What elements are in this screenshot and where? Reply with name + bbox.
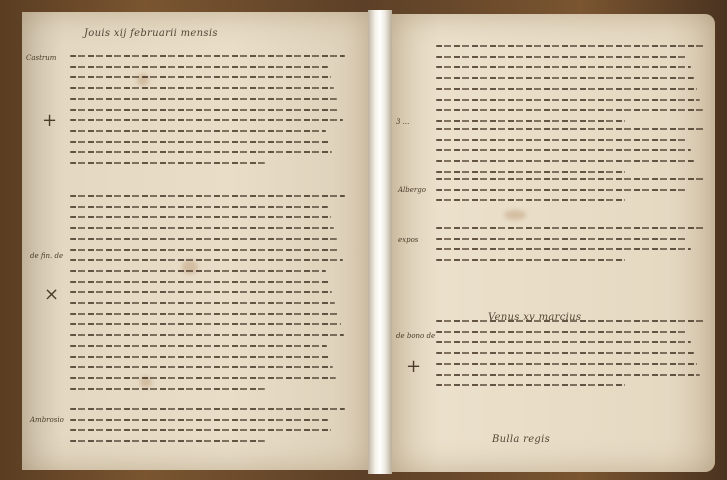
handwriting-line — [436, 109, 703, 111]
handwriting-line — [70, 130, 326, 132]
margin-note: 3 ... — [396, 118, 409, 126]
handwriting-line — [70, 388, 265, 390]
handwriting-line — [70, 270, 326, 272]
handwriting-line — [70, 302, 335, 304]
handwriting-line — [436, 352, 694, 354]
handwriting-line — [70, 162, 265, 164]
handwriting-line — [436, 384, 625, 386]
handwriting-line — [436, 363, 697, 365]
margin-note: Albergo — [398, 186, 426, 194]
handwriting-line — [436, 227, 705, 229]
handwriting-line — [70, 238, 337, 240]
right-page: Venus xv marcius Bulla regis 3 ... Alber… — [392, 14, 715, 472]
handwriting-line — [70, 119, 343, 121]
handwriting-line — [436, 99, 700, 101]
margin-note: de fin. de — [30, 252, 63, 260]
handwriting-line — [70, 151, 332, 153]
handwriting-line — [70, 356, 330, 358]
left-heading: Jouis xij februarii mensis — [84, 28, 218, 39]
handwriting-line — [70, 98, 337, 100]
handwriting-line — [70, 109, 340, 111]
handwriting-line — [436, 331, 688, 333]
handwriting-line — [70, 227, 334, 229]
handwriting-line — [436, 45, 705, 47]
handwriting-line — [436, 88, 697, 90]
handwriting-line — [70, 313, 338, 315]
handwriting-line — [70, 87, 334, 89]
handwriting-line — [436, 374, 700, 376]
handwriting-line — [70, 377, 336, 379]
handwriting-line — [70, 66, 328, 68]
handwriting-line — [70, 334, 344, 336]
handwriting-line — [70, 366, 333, 368]
handwriting-line — [70, 249, 340, 251]
handwriting-line — [70, 291, 332, 293]
handwriting-line — [436, 56, 688, 58]
margin-note: Castrum — [26, 54, 56, 62]
handwriting-line — [436, 238, 688, 240]
margin-note: de bono de — [396, 332, 435, 340]
handwriting-line — [436, 120, 625, 122]
handwriting-line — [436, 128, 705, 130]
handwriting-line — [70, 440, 265, 442]
handwriting-line — [70, 259, 343, 261]
handwriting-line — [70, 281, 329, 283]
handwriting-line — [436, 77, 694, 79]
cross-mark-icon: + — [406, 356, 421, 377]
handwriting-line — [436, 178, 705, 180]
handwriting-line — [436, 160, 694, 162]
margin-note: expos — [398, 236, 418, 244]
handwriting-line — [436, 189, 688, 191]
handwriting-line — [436, 139, 688, 141]
handwriting-line — [70, 195, 345, 197]
book-gutter — [368, 10, 392, 474]
handwriting-line — [70, 141, 329, 143]
right-footer: Bulla regis — [492, 434, 550, 445]
handwriting-line — [70, 55, 345, 57]
left-page: Jouis xij februarii mensis Castrum + de … — [22, 12, 368, 470]
handwriting-line — [70, 419, 328, 421]
handwriting-line — [70, 408, 345, 410]
margin-note: Ambrosio — [30, 416, 64, 424]
handwriting-line — [436, 259, 625, 261]
handwriting-line — [436, 320, 705, 322]
cross-mark-icon: + — [42, 110, 57, 131]
x-mark-icon: × — [44, 284, 59, 305]
handwriting-line — [436, 171, 625, 173]
handwriting-line — [70, 206, 328, 208]
handwriting-line — [70, 345, 327, 347]
